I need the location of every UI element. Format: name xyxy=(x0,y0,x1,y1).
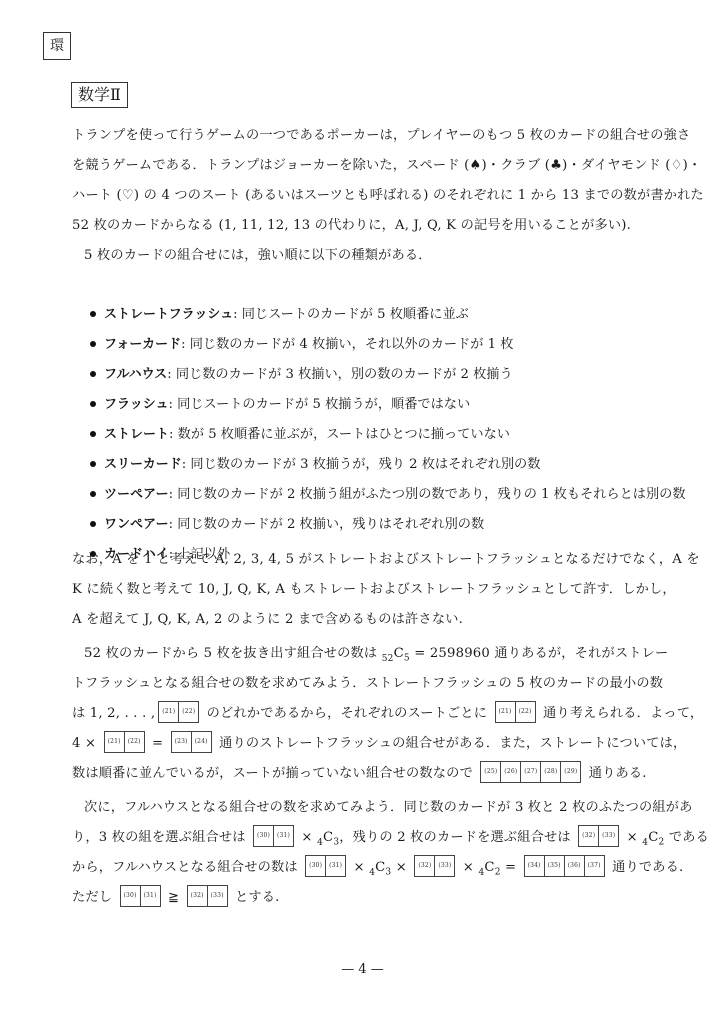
note-line: なお，A を 1 と考えて A, 2, 3, 4, 5 がストレートおよびストレ… xyxy=(72,548,700,567)
answer-box-32-33[interactable]: (32)(33) xyxy=(414,855,455,877)
hand-desc: : 同じ数のカードが 2 枚揃う組がふたつ別の数であり，残りの 1 枚もそれらと… xyxy=(169,487,686,502)
hand-name: ストレート xyxy=(104,427,169,442)
list-item: ストレート: 数が 5 枚順番に並ぶが，スートはひとつに揃っていない xyxy=(90,423,510,442)
hand-name: ワンペアー xyxy=(104,517,169,532)
ranking-intro: 5 枚のカードの組合せには，強い順に以下の種類がある． xyxy=(84,244,432,263)
bullet-icon xyxy=(90,521,96,527)
answer-box-32-33[interactable]: (32)(33) xyxy=(578,825,619,847)
list-item: ツーペアー: 同じ数のカードが 2 枚揃う組がふたつ別の数であり，残りの 1 枚… xyxy=(90,483,686,502)
problem-line: 数は順番に並んでいるが，スートが揃っていない組合せの数なので (25)(26)(… xyxy=(72,762,647,785)
intro-line: ハート (♡) の 4 つのスート (あるいはスーツとも呼ばれる) のそれぞれに… xyxy=(72,184,704,203)
note-line: A を超えて J, Q, K, A, 2 のように 2 まで含めるものは許さない… xyxy=(72,608,463,627)
answer-box-30-31[interactable]: (30)(31) xyxy=(120,885,161,907)
answer-box-21-22[interactable]: (21)(22) xyxy=(104,731,145,753)
answer-box-34-37[interactable]: (34)(35)(36)(37) xyxy=(524,855,605,877)
hand-name: フラッシュ xyxy=(104,397,168,412)
hand-name: ストレートフラッシュ xyxy=(104,307,233,322)
exam-code-tag: 環 xyxy=(43,32,71,60)
list-item: フラッシュ: 同じスートのカードが 5 枚揃うが，順番ではない xyxy=(90,393,470,412)
note-line: K に続く数と考えて 10, J, Q, K, A もストレートおよびストレート… xyxy=(72,578,676,597)
answer-box-21-22[interactable]: (21)(22) xyxy=(495,701,536,723)
intro-line: トランプを使って行うゲームの一つであるポーカーは，プレイヤーのもつ 5 枚のカー… xyxy=(72,124,690,143)
problem-line: 次に，フルハウスとなる組合せの数を求めてみよう．同じ数のカードが 3 枚と 2 … xyxy=(84,796,693,815)
bullet-icon xyxy=(90,371,96,377)
hand-name: ツーペアー xyxy=(104,487,169,502)
hand-desc: : 同じ数のカードが 3 枚揃うが，残り 2 枚はそれぞれ別の数 xyxy=(182,457,541,472)
hand-name: スリーカード xyxy=(104,457,182,472)
hand-name: フォーカード xyxy=(104,337,181,352)
bullet-icon xyxy=(90,461,96,467)
bullet-icon xyxy=(90,311,96,317)
problem-line: から，フルハウスとなる組合せの数は (30)(31) × 4C3 × (32)(… xyxy=(72,856,683,879)
subject-title: 数学Ⅱ xyxy=(71,82,128,108)
answer-box-30-31[interactable]: (30)(31) xyxy=(253,825,294,847)
bullet-icon xyxy=(90,341,96,347)
hand-desc: : 数が 5 枚順番に並ぶが，スートはひとつに揃っていない xyxy=(169,427,510,442)
problem-line: 52 枚のカードから 5 枚を抜き出す組合せの数は 52C5 = 2598960… xyxy=(84,642,668,664)
hand-desc: : 同じスートのカードが 5 枚揃うが，順番ではない xyxy=(168,397,470,412)
bullet-icon xyxy=(90,431,96,437)
answer-box-23-24[interactable]: (23)(24) xyxy=(171,731,212,753)
problem-line: り，3 枚の組を選ぶ組合せは (30)(31) × 4C3，残りの 2 枚のカー… xyxy=(72,826,709,849)
list-item: フルハウス: 同じ数のカードが 3 枚揃い，別の数のカードが 2 枚揃う xyxy=(90,363,513,382)
page-number: — 4 — xyxy=(0,962,725,977)
bullet-icon xyxy=(90,401,96,407)
hand-desc: : 同じ数のカードが 2 枚揃い，残りはそれぞれ別の数 xyxy=(169,517,485,532)
intro-line: 52 枚のカードからなる (1, 11, 12, 13 の代わりに，A, J, … xyxy=(72,214,631,233)
bullet-icon xyxy=(90,491,96,497)
list-item: フォーカード: 同じ数のカードが 4 枚揃い，それ以外のカードが 1 枚 xyxy=(90,333,513,352)
answer-box-30-31[interactable]: (30)(31) xyxy=(305,855,346,877)
hand-name: フルハウス xyxy=(104,367,167,382)
list-item: スリーカード: 同じ数のカードが 3 枚揃うが，残り 2 枚はそれぞれ別の数 xyxy=(90,453,540,472)
hand-desc: : 同じスートのカードが 5 枚順番に並ぶ xyxy=(233,307,469,322)
problem-line: 4 × (21)(22) = (23)(24) 通りのストレートフラッシュの組合… xyxy=(72,732,686,755)
problem-line: ただし (30)(31) ≧ (32)(33) とする. xyxy=(72,886,280,909)
problem-line: は 1, 2, . . . ,(21)(22) のどれかであるから，それぞれのス… xyxy=(72,702,703,725)
problem-line: トフラッシュとなる組合せの数を求めてみよう．ストレートフラッシュの 5 枚のカー… xyxy=(72,672,663,691)
answer-box-25-29[interactable]: (25)(26)(27)(28)(29) xyxy=(480,761,581,783)
answer-box-32-33[interactable]: (32)(33) xyxy=(187,885,228,907)
hand-desc: : 同じ数のカードが 4 枚揃い，それ以外のカードが 1 枚 xyxy=(181,337,513,352)
answer-box-21-22[interactable]: (21)(22) xyxy=(158,701,199,723)
hand-desc: : 同じ数のカードが 3 枚揃い，別の数のカードが 2 枚揃う xyxy=(167,367,513,382)
list-item: ストレートフラッシュ: 同じスートのカードが 5 枚順番に並ぶ xyxy=(90,303,469,322)
intro-line: を競うゲームである．トランプはジョーカーを除いた，スペード (♠)・クラブ (♣… xyxy=(72,154,701,173)
list-item: ワンペアー: 同じ数のカードが 2 枚揃い，残りはそれぞれ別の数 xyxy=(90,513,484,532)
